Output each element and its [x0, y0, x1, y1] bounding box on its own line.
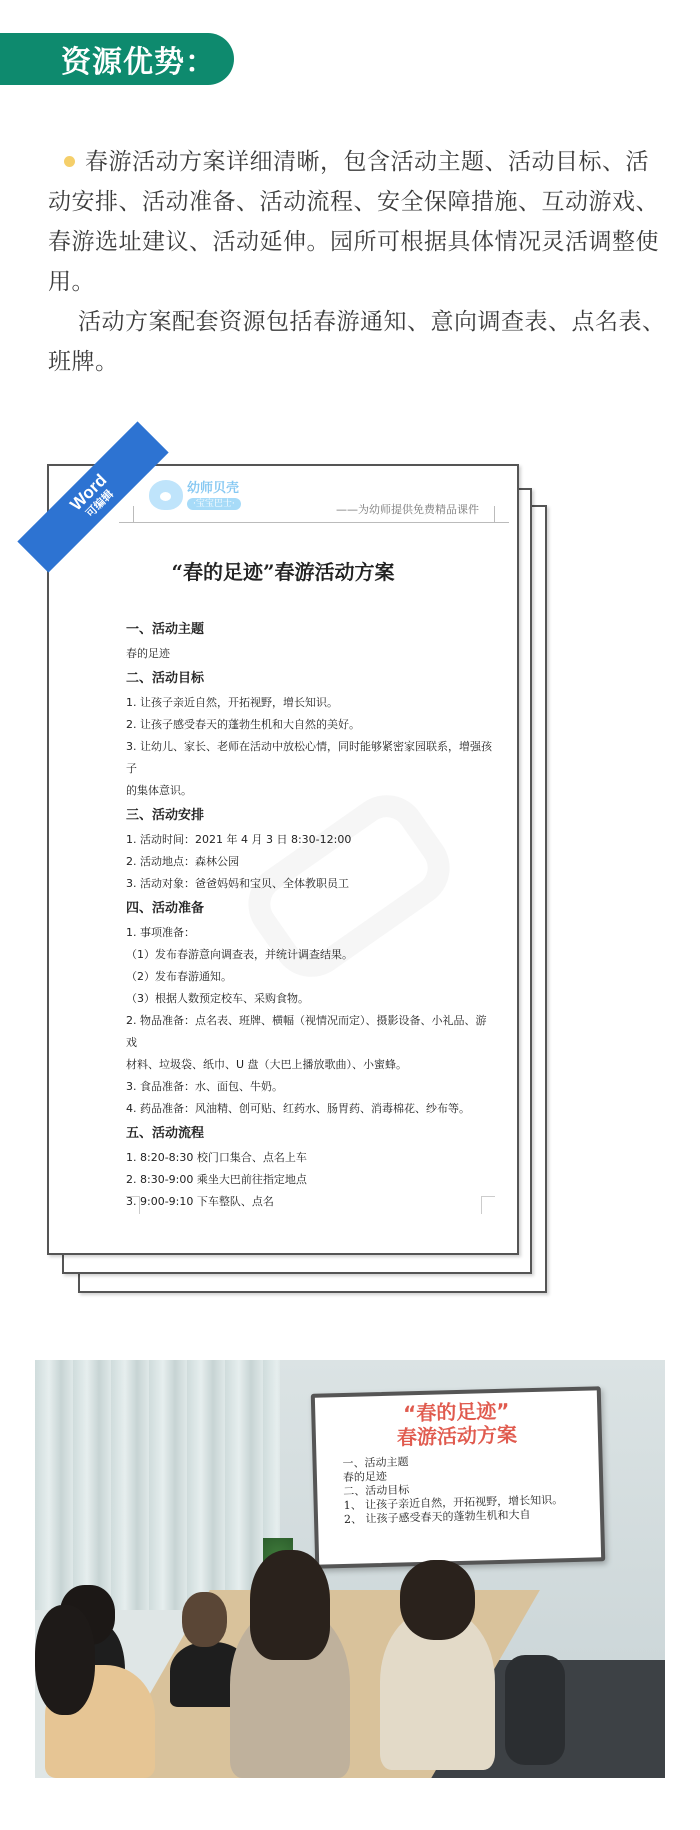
- section-line: （3）根据人数预定校车、采购食物。: [126, 988, 496, 1010]
- intro-paragraph-2: 活动方案配套资源包括春游通知、意向调查表、点名表、班牌。: [48, 302, 668, 382]
- document-page-front: 幼师贝壳 ·宝宝巴士· ——为幼师提供免费精品课件 “春的足迹”春游活动方案 一…: [47, 464, 519, 1255]
- office-chair: [505, 1655, 565, 1765]
- section-line: 材料、垃圾袋、纸巾、U 盘（大巴上播放歌曲）、小蜜蜂。: [126, 1054, 496, 1076]
- page-margin-corner: [126, 1196, 140, 1214]
- section-line: 1. 活动时间：2021 年 4 月 3 日 8:30-12:00: [126, 829, 496, 851]
- section-heading: 二、活动目标: [126, 665, 496, 692]
- logo-sub: ·宝宝巴士·: [187, 498, 241, 510]
- section-line: 春的足迹: [126, 643, 496, 665]
- curtain: [35, 1360, 280, 1610]
- intro-text: 春游活动方案详细清晰，包含活动主题、活动目标、活动安排、活动准备、活动流程、安全…: [48, 142, 668, 382]
- header-divider: [119, 522, 509, 523]
- section-heading: 一、活动主题: [126, 616, 496, 643]
- section-line: 2. 物品准备：点名表、班牌、横幅（视情况而定）、摄影设备、小礼品、游戏: [126, 1010, 496, 1054]
- header-slogan: ——为幼师提供免费精品课件: [336, 501, 479, 517]
- intro-paragraph-1: 春游活动方案详细清晰，包含活动主题、活动目标、活动安排、活动准备、活动流程、安全…: [48, 142, 668, 302]
- section-line: 3. 9:00-9:10 下车整队、点名: [126, 1191, 496, 1213]
- section-line: 的集体意识。: [126, 780, 496, 802]
- section-line: 1. 8:20-8:30 校门口集合、点名上车: [126, 1147, 496, 1169]
- section-line: （1）发布春游意向调查表，并统计调查结果。: [126, 944, 496, 966]
- person-head: [400, 1560, 475, 1640]
- section-line: 3. 让幼儿、家长、老师在活动中放松心情，同时能够紧密家园联系，增强孩子: [126, 736, 496, 780]
- person-head: [182, 1592, 227, 1647]
- document-header: 幼师贝壳 ·宝宝巴士· ——为幼师提供免费精品课件: [119, 476, 509, 524]
- header-divider-tick: [494, 506, 495, 522]
- word-editable-ribbon: Word 可编辑: [38, 453, 148, 563]
- presentation-screen: “春的足迹” 春游活动方案 一、活动主题 春的足迹 二、活动目标 1、 让孩子亲…: [311, 1386, 605, 1569]
- section-line: 2. 让孩子感受春天的蓬勃生机和大自然的美好。: [126, 714, 496, 736]
- bullet-dot-icon: [64, 156, 75, 167]
- page-margin-corner: [481, 1196, 495, 1214]
- section-line: （2）发布春游通知。: [126, 966, 496, 988]
- section-title: 资源优势：: [61, 37, 216, 81]
- section-heading: 三、活动安排: [126, 802, 496, 829]
- section-line: 2. 活动地点：森林公园: [126, 851, 496, 873]
- section-heading: 四、活动准备: [126, 895, 496, 922]
- document-body: 一、活动主题 春的足迹 二、活动目标 1. 让孩子亲近自然，开拓视野，增长知识。…: [126, 616, 496, 1213]
- section-title-pill: 资源优势：: [0, 33, 234, 85]
- person-head: [250, 1550, 330, 1660]
- section-line: 1. 让孩子亲近自然，开拓视野，增长知识。: [126, 692, 496, 714]
- shell-logo-icon: [149, 480, 183, 510]
- section-line: 3. 活动对象：爸爸妈妈和宝贝、全体教职员工: [126, 873, 496, 895]
- section-line: 4. 药品准备：风油精、创可贴、红药水、肠胃药、消毒棉花、纱布等。: [126, 1098, 496, 1120]
- screen-body: 一、活动主题 春的足迹 二、活动目标 1、 让孩子亲近自然，开拓视野，增长知识。…: [342, 1450, 600, 1527]
- logo-name: 幼师贝壳: [187, 481, 241, 496]
- section-line: 3. 食品准备：水、面包、牛奶。: [126, 1076, 496, 1098]
- person-head: [35, 1605, 95, 1715]
- section-line: 2. 8:30-9:00 乘坐大巴前往指定地点: [126, 1169, 496, 1191]
- section-heading: 五、活动流程: [126, 1120, 496, 1147]
- meeting-room-photo: “春的足迹” 春游活动方案 一、活动主题 春的足迹 二、活动目标 1、 让孩子亲…: [35, 1360, 665, 1778]
- section-line: 1. 事项准备：: [126, 922, 496, 944]
- logo: 幼师贝壳 ·宝宝巴士·: [149, 480, 241, 510]
